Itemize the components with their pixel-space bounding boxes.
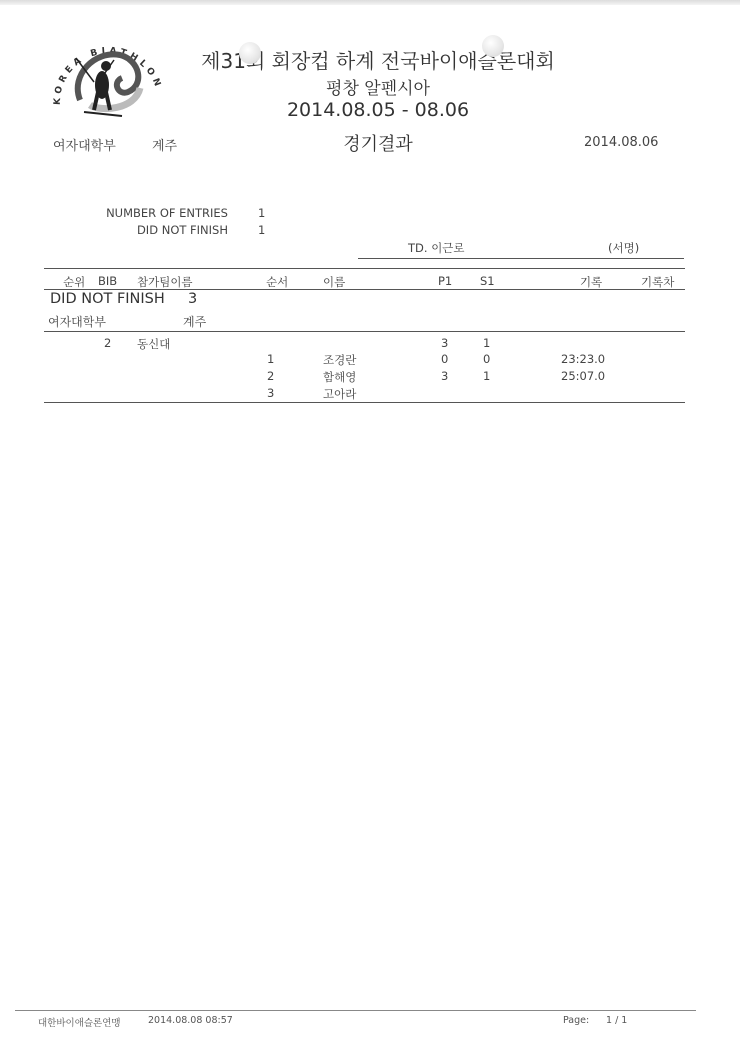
col-order: 순서 <box>266 274 288 290</box>
table-bottom-rule <box>44 402 685 403</box>
signature-label: (서명) <box>608 240 639 256</box>
member-name: 함해영 <box>323 369 356 385</box>
table-top-rule <box>44 268 685 269</box>
member-time: 23:23.0 <box>561 352 605 366</box>
entries-value: 1 <box>258 206 265 220</box>
member-order: 2 <box>267 369 274 383</box>
section-count: 3 <box>188 291 197 307</box>
col-s1: S1 <box>480 274 495 288</box>
member-s1: 1 <box>483 369 490 383</box>
punch-hole <box>239 42 261 64</box>
event-title: 제31회 회장컵 하계 전국바이애슬론대회 <box>8 45 740 74</box>
footer-rule <box>15 1010 696 1011</box>
scan-top-edge <box>0 0 740 5</box>
col-team: 참가팀이름 <box>137 274 193 290</box>
footer-page-value: 1 / 1 <box>606 1015 627 1026</box>
footer-printed-at: 2014.08.08 08:57 <box>148 1015 233 1026</box>
member-p1: 3 <box>441 369 448 383</box>
member-order: 3 <box>267 386 274 400</box>
section-category: 여자대학부 <box>48 313 106 330</box>
col-name: 이름 <box>323 274 345 290</box>
team-p1: 3 <box>441 336 448 350</box>
entries-label: NUMBER OF ENTRIES <box>60 206 228 220</box>
team-bib: 2 <box>104 336 111 350</box>
col-rank: 순위 <box>63 274 85 290</box>
punch-hole <box>482 35 504 57</box>
member-p1: 0 <box>441 352 448 366</box>
dnf-label: DID NOT FINISH <box>60 223 228 237</box>
col-bib: BIB <box>98 274 117 288</box>
col-time: 기록 <box>580 274 602 290</box>
member-name: 조경란 <box>323 352 356 368</box>
footer-organization: 대한바이애슬론연맹 <box>38 1015 121 1029</box>
footer-page-label: Page: <box>563 1015 589 1026</box>
section-title: DID NOT FINISH <box>50 291 165 307</box>
member-s1: 0 <box>483 352 490 366</box>
date-range: 2014.08.05 - 08.06 <box>8 99 740 121</box>
section-discipline: 계주 <box>183 313 206 330</box>
team-s1: 1 <box>483 336 490 350</box>
member-time: 25:07.0 <box>561 369 605 383</box>
signature-line <box>358 258 684 259</box>
header-rule <box>44 289 685 290</box>
col-p1: P1 <box>438 274 452 288</box>
td-name: TD. 이근로 <box>408 240 465 256</box>
member-name: 고아라 <box>323 386 356 402</box>
category: 여자대학부 <box>53 135 116 154</box>
report-date: 2014.08.06 <box>584 135 658 150</box>
venue: 평창 알펜시아 <box>8 74 740 99</box>
col-behind: 기록차 <box>641 274 674 290</box>
dnf-value: 1 <box>258 223 265 237</box>
member-order: 1 <box>267 352 274 366</box>
section-rule <box>44 331 685 332</box>
discipline: 계주 <box>152 135 177 154</box>
team-name: 동신대 <box>137 336 170 352</box>
